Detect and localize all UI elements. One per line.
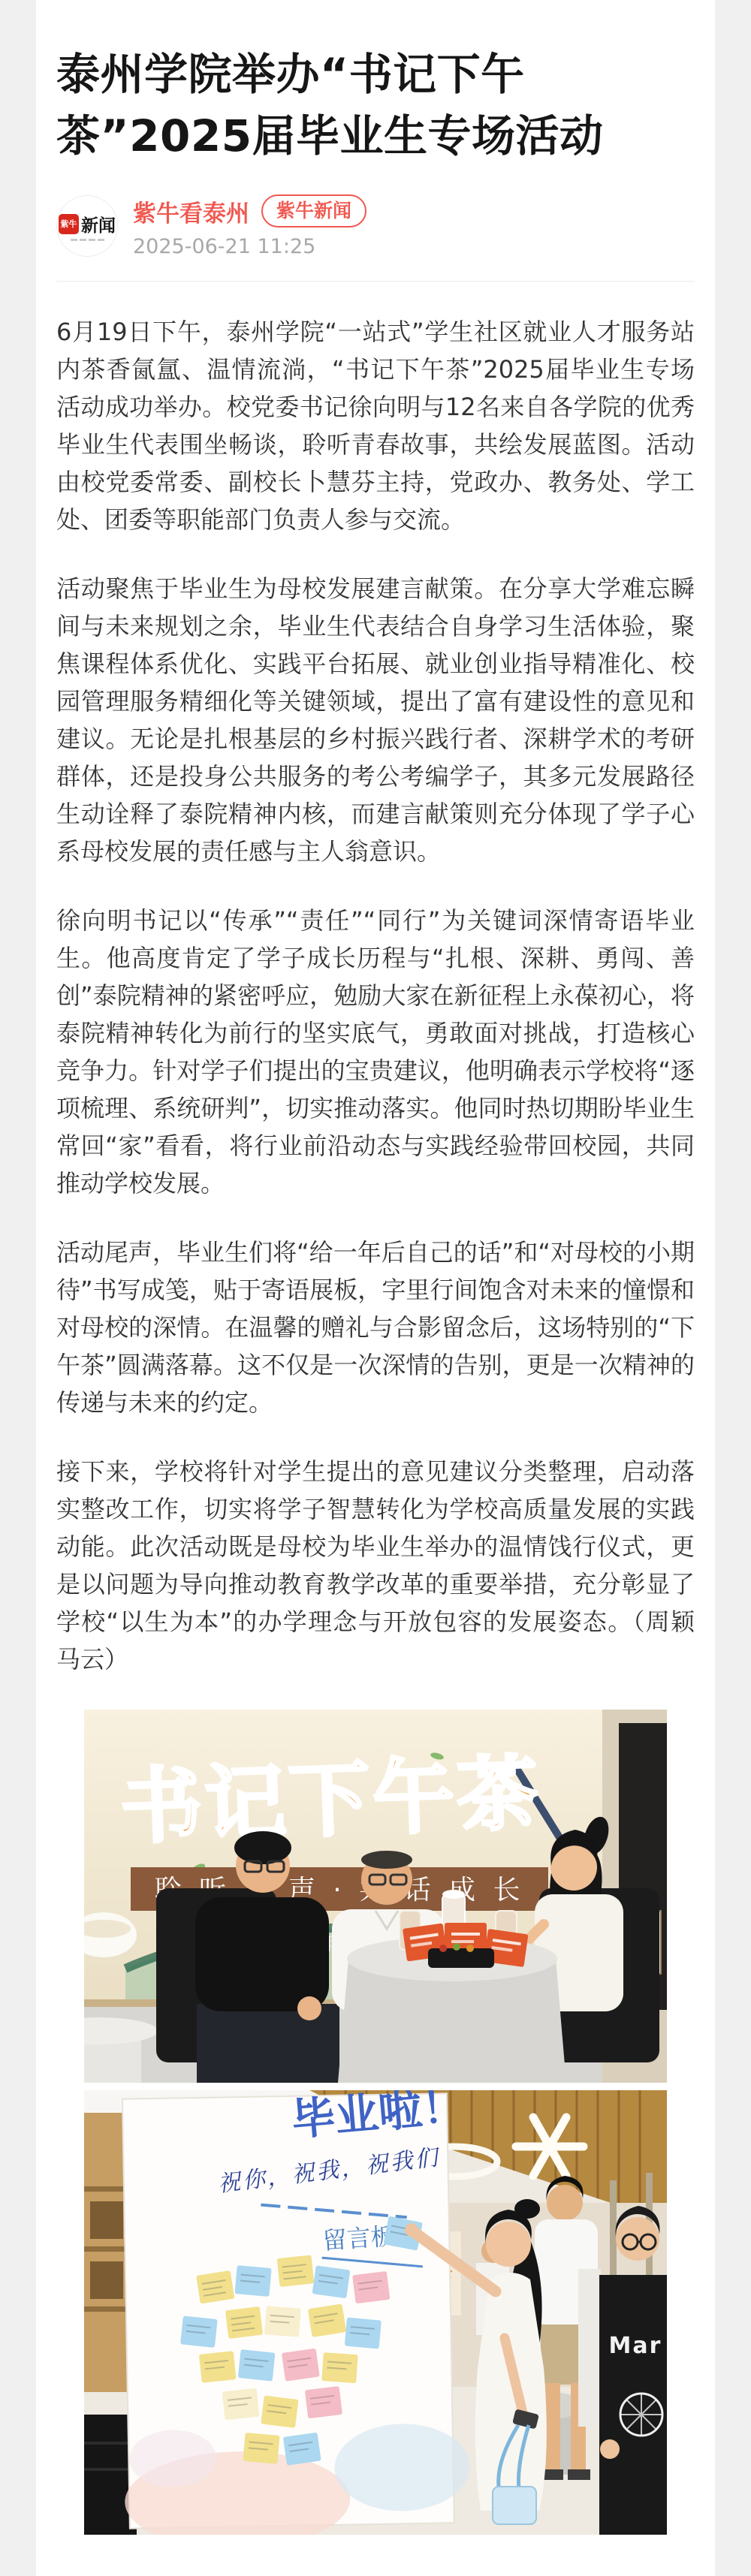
message-board-photo[interactable]: 书记下午茶 — [84, 2090, 667, 2535]
paragraph-1: 6月19日下午，泰州学院“一站式”学生社区就业人才服务站内茶香氤氲、温情流淌，“… — [56, 313, 695, 538]
source-meta: 紫牛看泰州 紫牛新闻 2025-06-21 11:25 — [133, 194, 366, 258]
paragraph-5: 接下来，学校将针对学生提出的意见建议分类整理，启动落实整改工作，切实将学子智慧转… — [56, 1453, 695, 1678]
article-title: 泰州学院举办“书记下午茶”2025届毕业生专场活动 — [56, 44, 695, 167]
shirt-text: Mar — [609, 2333, 662, 2359]
ziniu-logo-icon: 紫牛 — [59, 214, 79, 234]
article-body: 6月19日下午，泰州学院“一站式”学生社区就业人才服务站内茶香氤氲、温情流淌，“… — [56, 313, 695, 2535]
message-board: 毕业啦！ 祝你，祝我，祝我们 留言板 — [118, 2090, 475, 2535]
publish-datetime: 2025-06-21 11:25 — [133, 235, 366, 258]
source-row: 紫牛 新闻 紫牛看泰州 紫牛新闻 2025-06-21 11:25 — [56, 194, 695, 258]
source-badge[interactable]: 紫牛新闻 — [261, 194, 366, 227]
photo-gallery: 书记下午茶 聆 听 心 声 · 共 话 成 长 2025年6月19日 — [56, 1710, 695, 2535]
news-logo-text: 新闻 — [81, 212, 116, 237]
header-divider — [56, 281, 695, 282]
page: 泰州学院举办“书记下午茶”2025届毕业生专场活动 紫牛 新闻 紫牛看泰州 紫牛… — [0, 0, 751, 2576]
paragraph-2: 活动聚焦于毕业生为母校发展建言献策。在分享大学难忘瞬间与未来规划之余，毕业生代表… — [56, 570, 695, 870]
paragraph-3: 徐向明书记以“传承”“责任”“同行”为关键词深情寄语毕业生。他高度肯定了学子成长… — [56, 902, 695, 1202]
paragraph-4: 活动尾声，毕业生们将“给一年后自己的话”和“对母校的小期待”书写成笺，贴于寄语展… — [56, 1234, 695, 1421]
logo-tagline-decor — [71, 239, 104, 241]
article-card: 泰州学院举办“书记下午茶”2025届毕业生专场活动 紫牛 新闻 紫牛看泰州 紫牛… — [36, 0, 715, 2576]
event-photo[interactable]: 书记下午茶 聆 听 心 声 · 共 话 成 长 2025年6月19日 — [84, 1710, 667, 2083]
source-name[interactable]: 紫牛看泰州 — [133, 194, 249, 228]
poster-title-text: 书记下午茶 — [119, 1746, 543, 1854]
source-avatar[interactable]: 紫牛 新闻 — [56, 195, 118, 257]
